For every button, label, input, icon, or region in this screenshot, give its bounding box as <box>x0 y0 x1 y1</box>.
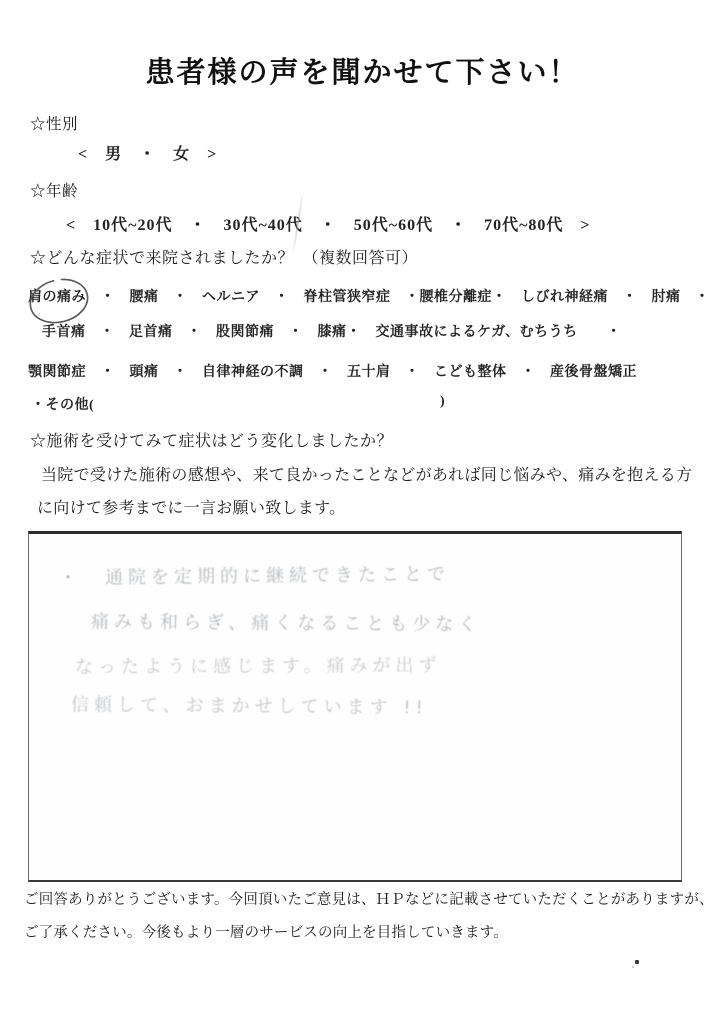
scan-speck-artifact <box>635 960 639 964</box>
symptom-row-2: 手首痛 ・ 足首痛 ・ 股関節痛 ・ 膝痛・ 交通事故によるケガ、むちうち ・ <box>42 321 621 341</box>
footer-note-line-1: ご回答ありがとうございます。今回頂いたご意見は、ＨＰなどに記載させていただくこと… <box>24 888 714 909</box>
feedback-prompt-line-2: に向けて参考までに一言お願い致します。 <box>37 495 345 518</box>
handwriting-line-1: ・ 通院を定期的に継続できたことで <box>59 560 450 590</box>
page-title: 患者様の声を聞かせて下さい！ <box>0 50 725 91</box>
age-options: < 10代~20代 ・ 30代~40代 ・ 50代~60代 ・ 70代~80代 … <box>66 212 591 235</box>
treatment-change-question: ☆施術を受けてみて症状はどう変化しましたか？ <box>30 428 393 451</box>
handwriting-line-3: なったように感じます。痛みが出ず <box>75 651 442 679</box>
feedback-prompt-line-1: 当院で受けた施術の感想や、来て良かったことなどがあれば同じ悩みや、痛みを抱える方 <box>41 462 692 485</box>
symptom-row-1: 肩の痛み ・ 腰痛 ・ ヘルニア ・ 脊柱管狭窄症 ・腰椎分離症・ しびれ神経痛… <box>28 286 710 306</box>
handwriting-line-2: 痛みも和らぎ、痛くなることも少なく <box>91 608 481 637</box>
other-option-close-paren: ) <box>440 394 445 410</box>
other-option-label: ・その他( <box>31 394 94 414</box>
footer-note-line-2: ご了承ください。今後もより一層のサービスの向上を目指していきます。 <box>24 921 508 942</box>
comment-box: ・ 通院を定期的に継続できたことで 痛みも和らぎ、痛くなることも少なく なったよ… <box>28 531 682 882</box>
gender-options: < 男 ・ 女 > <box>78 141 217 164</box>
symptoms-question: ☆どんな症状で来院されましたか？ （複数回答可） <box>30 245 418 268</box>
handwriting-line-4: 信頼して、おまかせしています !! <box>71 690 428 719</box>
gender-section-label: ☆性別 <box>30 112 78 134</box>
scanned-survey-page: { "page": { "title": "患者様の声を聞かせて下さい！" },… <box>0 0 725 1024</box>
age-section-label: ☆年齢 <box>30 179 78 201</box>
symptom-row-3: 顎関節症 ・ 頭痛 ・ 自律神経の不調 ・ 五十肩 ・ こども整体 ・ 産後骨盤… <box>28 361 637 381</box>
